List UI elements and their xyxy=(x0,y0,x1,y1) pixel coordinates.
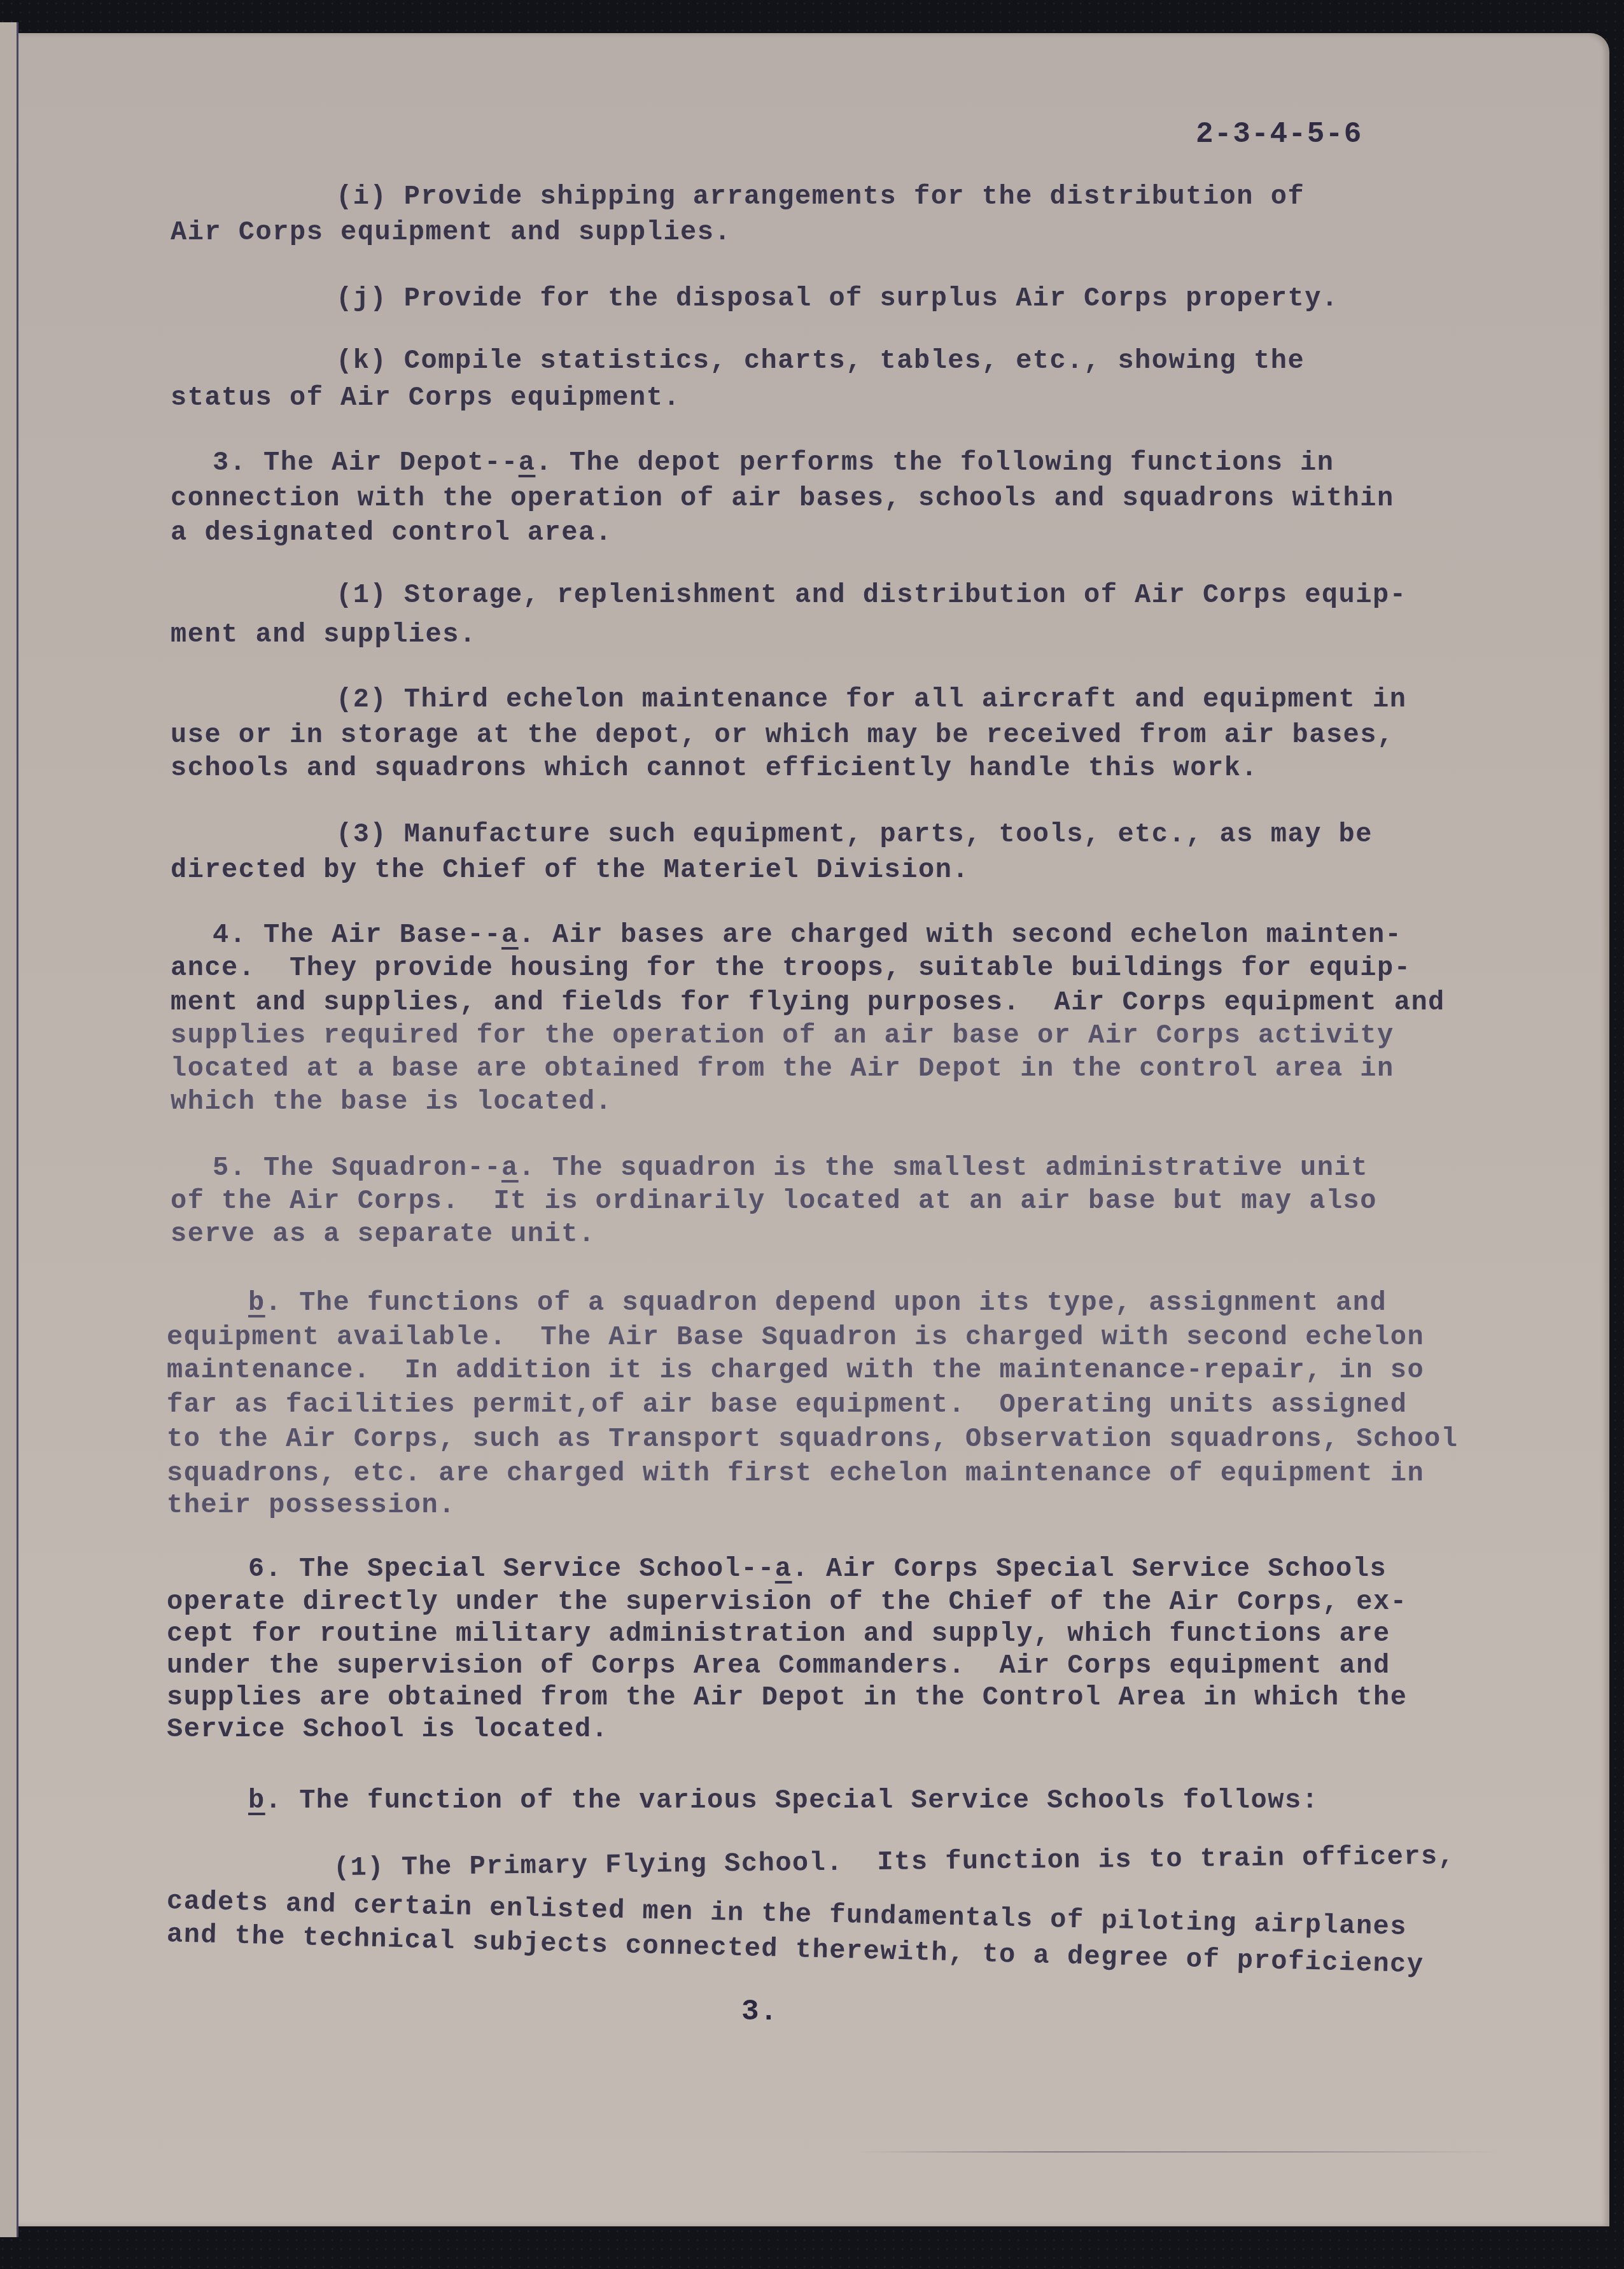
para-3a2-line-3: schools and squadrons which cannot effic… xyxy=(171,755,1258,782)
para-5b-line-6: squadrons, etc. are charged with first e… xyxy=(167,1460,1424,1487)
section-heading-squadron: 5. The Squadron-- xyxy=(213,1153,501,1183)
para-5a-text: . The squadron is the smallest administr… xyxy=(519,1153,1368,1183)
para-3a3-line-1: (3) Manufacture such equipment, parts, t… xyxy=(336,821,1373,848)
para-3a-line-3: a designated control area. xyxy=(171,519,612,546)
subpara-marker-a: a xyxy=(775,1554,792,1584)
section-heading-special-service-school: 6. The Special Service School-- xyxy=(248,1554,775,1584)
page-number: 3. xyxy=(741,1997,778,2027)
para-3a3-line-2: directed by the Chief of the Materiel Di… xyxy=(171,857,969,883)
para-6a-line-4: under the supervision of Corps Area Comm… xyxy=(167,1652,1390,1679)
para-3a-line-1: 3. The Air Depot--a. The depot performs … xyxy=(213,449,1334,476)
para-k-line-1: (k) Compile statistics, charts, tables, … xyxy=(336,348,1305,374)
para-4a-line-4: supplies required for the operation of a… xyxy=(171,1022,1394,1049)
para-4a-text: . Air bases are charged with second eche… xyxy=(519,920,1403,950)
para-3a2-line-1: (2) Third echelon maintenance for all ai… xyxy=(336,686,1406,713)
section-heading-air-base: 4. The Air Base-- xyxy=(213,920,501,950)
para-6b-text: . The function of the various Special Se… xyxy=(265,1785,1319,1816)
para-4a-line-2: ance. They provide housing for the troop… xyxy=(171,955,1411,981)
subpara-marker-b: b xyxy=(248,1288,265,1318)
para-k-line-2: status of Air Corps equipment. xyxy=(171,384,680,411)
para-5b-line-4: far as facilities permit,of air base equ… xyxy=(167,1391,1407,1418)
para-3a2-line-2: use or in storage at the depot, or which… xyxy=(171,722,1394,748)
subpara-marker-a: a xyxy=(519,447,536,478)
adjacent-page-edge xyxy=(0,22,18,2237)
faint-bottom-rule xyxy=(859,2151,1495,2153)
para-4a-line-5: located at a base are obtained from the … xyxy=(171,1055,1394,1082)
para-i-line-1: (i) Provide shipping arrangements for th… xyxy=(336,183,1305,210)
subpara-marker-a: a xyxy=(501,1153,519,1183)
para-4a-line-3: ment and supplies, and fields for flying… xyxy=(171,989,1445,1016)
para-4a-line-1: 4. The Air Base--a. Air bases are charge… xyxy=(213,922,1402,948)
para-5b-line-1: b. The functions of a squadron depend up… xyxy=(248,1289,1387,1316)
section-heading-air-depot: 3. The Air Depot-- xyxy=(213,447,519,478)
para-5a-line-1: 5. The Squadron--a. The squadron is the … xyxy=(213,1155,1368,1181)
para-3a1-line-1: (1) Storage, replenishment and distribut… xyxy=(336,582,1406,608)
para-5b-line-3: maintenance. In addition it is charged w… xyxy=(167,1357,1424,1384)
para-4a-line-6: which the base is located. xyxy=(171,1088,612,1115)
para-6b-line-1: b. The function of the various Special S… xyxy=(248,1787,1319,1814)
para-6a-line-1: 6. The Special Service School--a. Air Co… xyxy=(248,1556,1387,1582)
para-3a-line-2: connection with the operation of air bas… xyxy=(171,485,1394,512)
para-5b-line-7: their possession. xyxy=(167,1492,456,1519)
para-5b-text: . The functions of a squadron depend upo… xyxy=(265,1288,1387,1318)
para-6a-text: . Air Corps Special Service Schools xyxy=(792,1554,1387,1584)
para-3a-text: . The depot performs the following funct… xyxy=(535,447,1334,478)
para-6a-line-3: cept for routine military administration… xyxy=(167,1620,1390,1647)
subpara-marker-a: a xyxy=(501,920,519,950)
para-5a-line-3: serve as a separate unit. xyxy=(171,1221,596,1247)
para-5b-line-5: to the Air Corps, such as Transport squa… xyxy=(167,1426,1459,1452)
para-5a-line-2: of the Air Corps. It is ordinarily locat… xyxy=(171,1188,1377,1214)
para-6a-line-2: operate directly under the supervision o… xyxy=(167,1589,1407,1615)
para-6a-line-5: supplies are obtained from the Air Depot… xyxy=(167,1684,1407,1711)
para-5b-line-2: equipment available. The Air Base Squadr… xyxy=(167,1324,1424,1351)
subpara-marker-b: b xyxy=(248,1785,265,1816)
para-j-line-1: (j) Provide for the disposal of surplus … xyxy=(336,285,1339,312)
para-6a-line-6: Service School is located. xyxy=(167,1716,608,1743)
para-i-line-2: Air Corps equipment and supplies. xyxy=(171,219,731,246)
para-3a1-line-2: ment and supplies. xyxy=(171,621,477,648)
header-reference: 2-3-4-5-6 xyxy=(1196,120,1362,149)
